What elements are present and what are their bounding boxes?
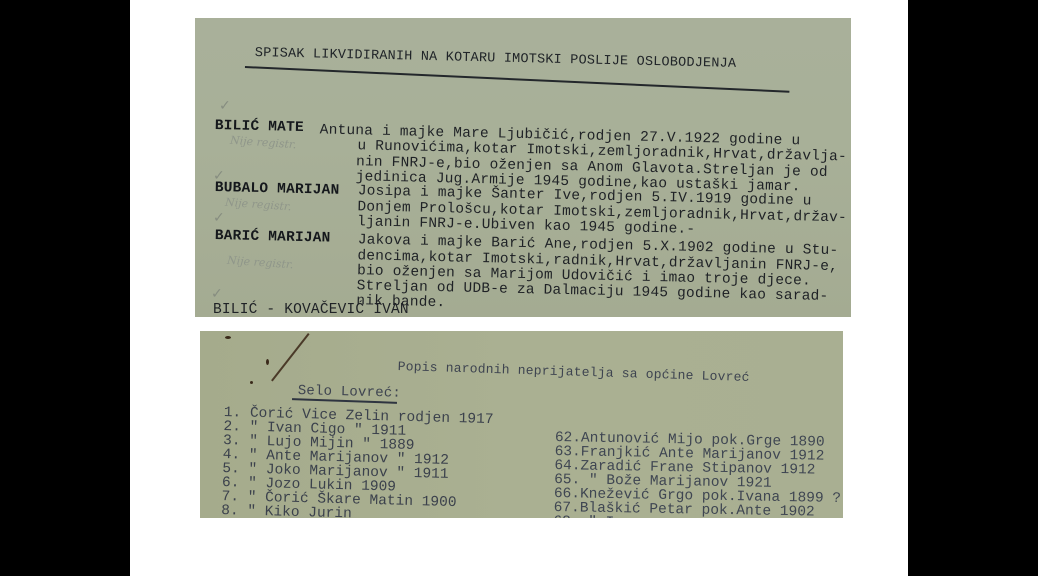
handwritten-note: Nije registr. [227, 254, 294, 272]
document-photo-top: SPISAK LIKVIDIRANIH NA KOTARU IMOTSKI PO… [195, 18, 851, 317]
check-mark-icon: ✓ [211, 286, 223, 302]
slide: SPISAK LIKVIDIRANIH NA KOTARU IMOTSKI PO… [130, 0, 908, 576]
list-title: Popis narodnih neprijatelja sa općine Lo… [398, 359, 750, 385]
ink-speck [250, 381, 253, 384]
list-item: 68. " Ivan [553, 515, 640, 518]
entry-name: BILIĆ - KOVAČEVIĆ IVAN [213, 302, 409, 317]
ink-speck [266, 359, 269, 365]
document-photo-bottom: Popis narodnih neprijatelja sa općine Lo… [200, 331, 843, 518]
check-mark-icon: ✓ [219, 98, 231, 114]
check-mark-icon: ✓ [213, 210, 225, 226]
entry-name: BILIĆ MATE [215, 118, 304, 136]
list-item: 8. " Kiko Jurin [221, 504, 352, 518]
handwritten-note: Nije registr. [230, 134, 297, 152]
document-title: SPISAK LIKVIDIRANIH NA KOTARU IMOTSKI PO… [255, 46, 737, 72]
ink-speck [225, 336, 231, 339]
entry-name: BARIĆ MARIJAN [215, 228, 331, 247]
handwritten-note: Nije registr. [225, 196, 292, 214]
stain-mark [271, 333, 310, 382]
